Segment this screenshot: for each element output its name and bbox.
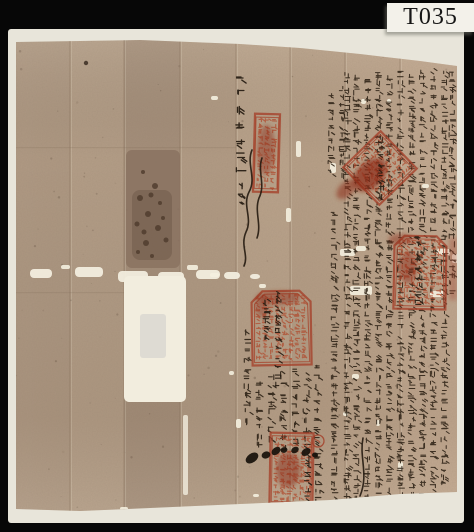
document-paper <box>16 40 459 511</box>
seal-edge-smudge <box>449 238 457 300</box>
archive-label: T035 <box>387 3 474 32</box>
document-photo <box>0 0 474 532</box>
paper-stain <box>126 150 180 268</box>
photo-background: T035 同治肆年正月貳拾日 <box>0 0 474 532</box>
